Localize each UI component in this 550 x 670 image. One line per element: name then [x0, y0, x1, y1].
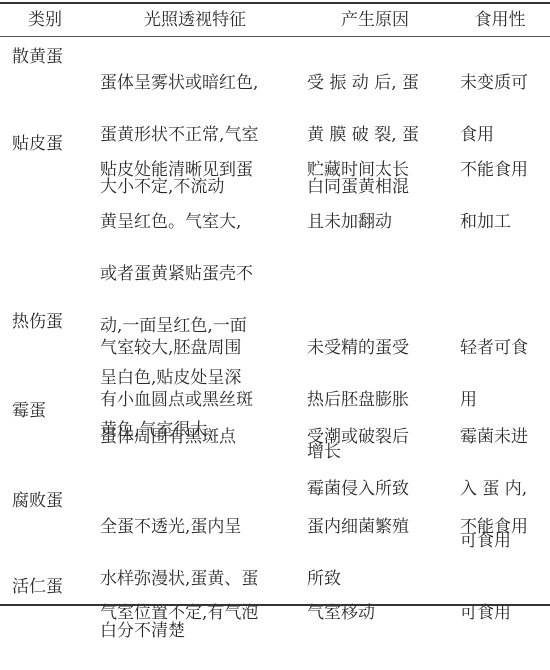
cell-category: 热伤蛋 — [12, 309, 92, 335]
table-header-rule — [0, 36, 550, 37]
cell-edibility: 不能食用 和加工 — [460, 131, 550, 261]
text-line: 和加工 — [460, 209, 550, 235]
text-line: 不能食用 — [460, 514, 550, 540]
text-line: 受 振 动 后, 蛋 — [307, 70, 447, 96]
cell-category: 活仁蛋 — [12, 574, 92, 600]
header-cause: 产生原因 — [305, 9, 445, 31]
header-edibility: 食用性 — [455, 9, 545, 31]
text-line: 蛋体呈雾状或暗红色, — [100, 70, 278, 96]
cell-category: 散黄蛋 — [12, 44, 92, 70]
text-line: 全蛋不透光,蛋内呈 — [100, 514, 278, 540]
header-category: 类别 — [12, 9, 78, 31]
text-line: 霉菌未进 — [460, 424, 550, 450]
cell-category: 霉蛋 — [12, 398, 92, 424]
text-line: 黄呈红色。气室大, — [100, 209, 278, 235]
table-bottom-rule — [0, 604, 550, 606]
cell-edibility: 不能食用 — [460, 488, 550, 566]
header-light-feature: 光照透视特征 — [100, 9, 290, 31]
cell-feature: 蛋体周围有黑斑点 — [100, 398, 278, 476]
text-line: 未受精的蛋受 — [307, 335, 447, 361]
cell-category: 贴皮蛋 — [12, 131, 92, 157]
text-line: 或者蛋黄紧贴蛋壳不 — [100, 261, 278, 287]
cell-category: 腐败蛋 — [12, 488, 92, 514]
text-line: 蛋内细菌繁殖 — [307, 514, 447, 540]
cell-cause: 贮藏时间太长 且未加翻动 — [307, 131, 447, 261]
text-line: 气室较大,胚盘周围 — [100, 335, 278, 361]
text-line: 轻者可食 — [460, 335, 550, 361]
text-line: 未变质可 — [460, 70, 550, 96]
table-top-rule — [0, 2, 550, 4]
text-line: 受潮或破裂后 — [307, 424, 447, 450]
text-line: 不能食用 — [460, 157, 550, 183]
text-line: 贴皮处能清晰见到蛋 — [100, 157, 278, 183]
text-line: 蛋体周围有黑斑点 — [100, 424, 278, 450]
text-line: 且未加翻动 — [307, 209, 447, 235]
text-line: 贮藏时间太长 — [307, 157, 447, 183]
